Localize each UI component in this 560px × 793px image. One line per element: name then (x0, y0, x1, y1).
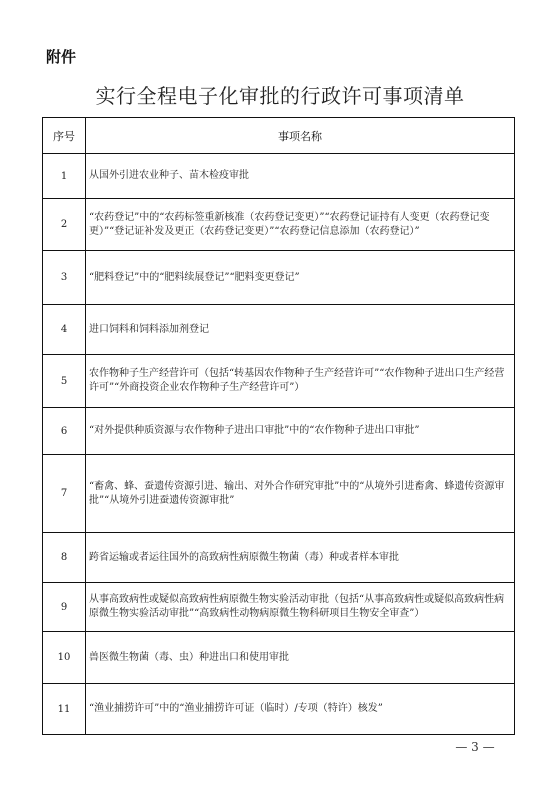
row-serial-number: 8 (43, 533, 86, 583)
row-serial-number: 2 (43, 199, 86, 251)
page-number: — 3 — (440, 740, 510, 754)
table-header-row: 序号 事项名称 (43, 118, 515, 154)
row-item-name: “农药登记”中的“农药标签重新核准（农药登记变更）”“农药登记证持有人变更（农药… (86, 199, 515, 251)
row-serial-number: 7 (43, 455, 86, 533)
table-row: 4进口饲料和饲料添加剂登记 (43, 305, 515, 355)
table-row: 8跨省运输或者运往国外的高致病性病原微生物菌（毒）种或者样本审批 (43, 533, 515, 583)
row-item-name: “渔业捕捞许可”中的“渔业捕捞许可证（临时）/专项（特许）核发” (86, 684, 515, 735)
table-row: 5农作物种子生产经营许可（包括“转基因农作物种子生产经营许可”“农作物种子进出口… (43, 355, 515, 408)
row-item-name: 从事高致病性或疑似高致病性病原微生物实验活动审批（包括“从事高致病性或疑似高致病… (86, 583, 515, 632)
attachment-label: 附件 (46, 46, 76, 67)
row-item-name: “对外提供种质资源与农作物种子进出口审批”中的“农作物种子进出口审批” (86, 408, 515, 455)
document-title: 实行全程电子化审批的行政许可事项清单 (0, 80, 560, 109)
row-serial-number: 9 (43, 583, 86, 632)
permit-items-table: 序号 事项名称 1从国外引进农业种子、苗木检疫审批2“农药登记”中的“农药标签重… (42, 117, 515, 735)
table-row: 1从国外引进农业种子、苗木检疫审批 (43, 154, 515, 199)
row-serial-number: 10 (43, 632, 86, 684)
row-serial-number: 3 (43, 251, 86, 305)
row-item-name: “肥料登记”中的“肥料续展登记”“肥料变更登记” (86, 251, 515, 305)
table-row: 11“渔业捕捞许可”中的“渔业捕捞许可证（临时）/专项（特许）核发” (43, 684, 515, 735)
table-row: 9从事高致病性或疑似高致病性病原微生物实验活动审批（包括“从事高致病性或疑似高致… (43, 583, 515, 632)
row-item-name: 跨省运输或者运往国外的高致病性病原微生物菌（毒）种或者样本审批 (86, 533, 515, 583)
row-serial-number: 6 (43, 408, 86, 455)
row-item-name: 进口饲料和饲料添加剂登记 (86, 305, 515, 355)
row-serial-number: 5 (43, 355, 86, 408)
table-row: 6“对外提供种质资源与农作物种子进出口审批”中的“农作物种子进出口审批” (43, 408, 515, 455)
row-item-name: 兽医微生物菌（毒、虫）种进出口和使用审批 (86, 632, 515, 684)
row-item-name: 农作物种子生产经营许可（包括“转基因农作物种子生产经营许可”“农作物种子进出口生… (86, 355, 515, 408)
row-serial-number: 11 (43, 684, 86, 735)
header-serial-number: 序号 (43, 118, 86, 154)
header-item-name: 事项名称 (86, 118, 515, 154)
table-row: 10兽医微生物菌（毒、虫）种进出口和使用审批 (43, 632, 515, 684)
table-row: 3“肥料登记”中的“肥料续展登记”“肥料变更登记” (43, 251, 515, 305)
row-item-name: “畜禽、蜂、蚕遗传资源引进、输出、对外合作研究审批”中的“从境外引进畜禽、蜂遗传… (86, 455, 515, 533)
table-row: 2“农药登记”中的“农药标签重新核准（农药登记变更）”“农药登记证持有人变更（农… (43, 199, 515, 251)
row-serial-number: 1 (43, 154, 86, 199)
row-item-name: 从国外引进农业种子、苗木检疫审批 (86, 154, 515, 199)
table-row: 7“畜禽、蜂、蚕遗传资源引进、输出、对外合作研究审批”中的“从境外引进畜禽、蜂遗… (43, 455, 515, 533)
row-serial-number: 4 (43, 305, 86, 355)
